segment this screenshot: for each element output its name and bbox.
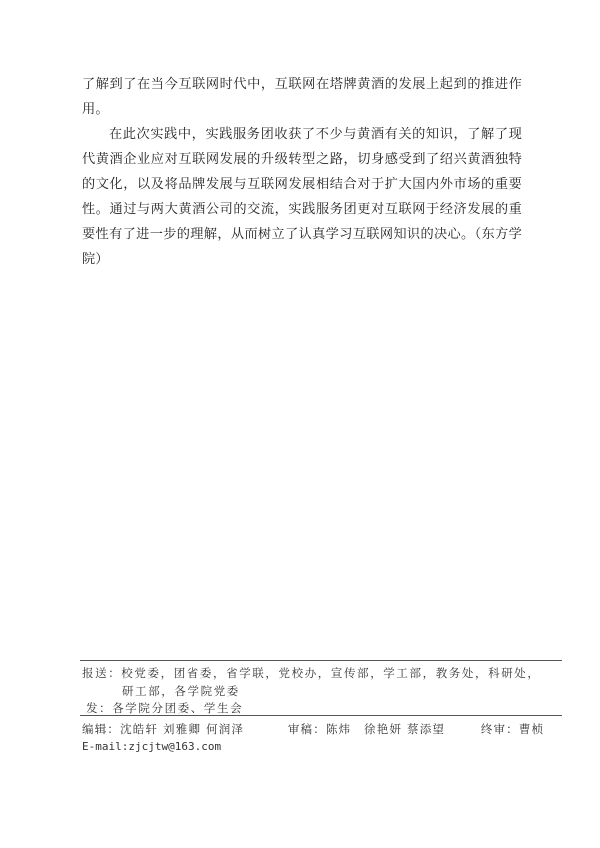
- footer-mid-divider: [80, 715, 562, 716]
- editors: 编辑：沈皓轩 刘雅卿 何润泽: [82, 722, 244, 736]
- final-review: 终审：曹桢: [481, 722, 545, 736]
- report-to-line-1: 报送：校党委，团省委，省学联，党校办，宣传部，学工部，教务处，科研处，: [82, 665, 541, 681]
- email-address: E-mail:zjcjtw@163.com: [82, 740, 221, 753]
- document-page: 了解到了在当今互联网时代中，互联网在塔牌黄酒的发展上起到的推进作用。 在此次实践…: [0, 0, 600, 848]
- report-to-line-2: 研工部，各学院党委: [122, 683, 240, 699]
- article-paragraph-1: 了解到了在当今互联网时代中，互联网在塔牌黄酒的发展上起到的推进作用。: [82, 72, 522, 122]
- footer-top-divider: [80, 660, 562, 661]
- credits-line: 编辑：沈皓轩 刘雅卿 何润泽 审稿：陈炜 徐艳妍 蔡添望 终审：曹桢: [82, 721, 544, 737]
- reviewers: 审稿：陈炜 徐艳妍 蔡添望: [288, 722, 445, 736]
- article-body: 了解到了在当今互联网时代中，互联网在塔牌黄酒的发展上起到的推进作用。 在此次实践…: [82, 72, 522, 272]
- article-paragraph-2: 在此次实践中，实践服务团收获了不少与黄酒有关的知识，了解了现代黄酒企业应对互联网…: [82, 122, 522, 272]
- distribute-to: 发：各学院分团委、学生会: [86, 700, 243, 716]
